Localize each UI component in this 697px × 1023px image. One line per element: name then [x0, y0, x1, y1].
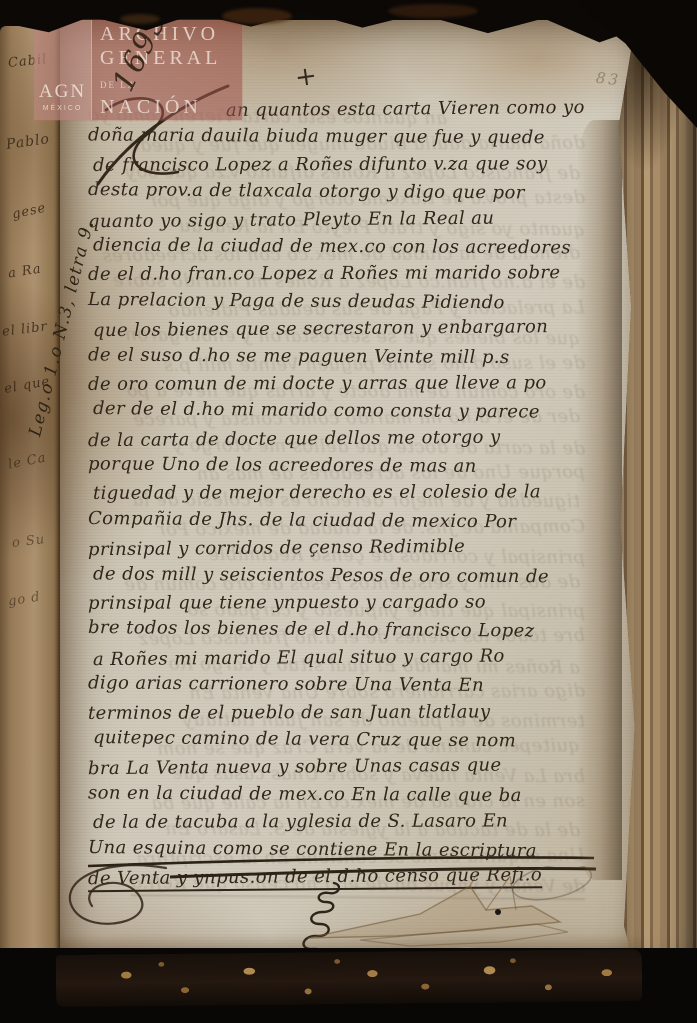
- manuscript-line: de francisco Lopez a Roñes difunto v.za …: [88, 150, 593, 179]
- previous-page-edge: CabilPablogesea Rael librel quele Cao Su…: [0, 26, 62, 962]
- manuscript-line: Una esquina como se contiene En la escri…: [88, 834, 593, 865]
- manuscript-line: quanto yo sigo y trato Pleyto En la Real…: [88, 203, 593, 235]
- manuscript-text-block: an quantos esta carta Vieren como yodoña…: [88, 96, 593, 890]
- manuscript-line: bre todos los bienes de el d.ho francisc…: [88, 614, 593, 645]
- manuscript-line: de Venta y ynpus.on de el d.ho censo que…: [88, 861, 593, 893]
- manuscript-line: de la carta de docte que dellos me otorg…: [88, 422, 593, 454]
- manuscript-line: digo arias carrionero sobre Una Venta En: [88, 670, 593, 700]
- binding-debris: [388, 4, 478, 18]
- manuscript-line: doña maria dauila biuda muger que fue y …: [88, 122, 593, 152]
- manuscript-line: de oro comun de mi docte y arras que lle…: [88, 369, 593, 398]
- manuscript-line: tiguedad y de mejor derecho es el colesi…: [88, 479, 593, 508]
- manuscript-line: que los bienes que se secrestaron y enba…: [88, 313, 593, 345]
- previous-page-text-fragment: a Ra: [7, 261, 43, 281]
- manuscript-line: prinsipal que tiene ynpuesto y cargado s…: [88, 588, 593, 617]
- agn-acronym: AGN: [39, 81, 86, 103]
- previous-page-text-fragment: go d: [7, 590, 42, 610]
- watermark-nacion: NACIÓN: [100, 96, 202, 118]
- agn-country-label: MÉXICO: [43, 105, 83, 112]
- manuscript-line: de el suso d.ho se me paguen Veinte mill…: [88, 341, 593, 371]
- manuscript-line: de el d.ho fran.co Lopez a Roñes mi mari…: [88, 259, 593, 288]
- manuscript-line: prinsipal y corridos de çenso Redimible: [88, 532, 593, 564]
- folio-number: 83: [595, 69, 622, 90]
- manuscript-line: a Roñes mi marido El qual situo y cargo …: [88, 642, 593, 674]
- binding-debris: [120, 14, 160, 24]
- previous-page-text-fragment: el libr: [1, 319, 48, 339]
- manuscript-line: desta prov.a de tlaxcala otorgo y digo q…: [88, 176, 593, 207]
- manuscript-line: diencia de la ciudad de mex.co con los a…: [88, 231, 593, 261]
- binding-debris: [222, 8, 292, 24]
- manuscript-line: La prelacion y Paga de sus deudas Pidien…: [88, 286, 593, 317]
- manuscript-line: bra La Venta nueva y sobre Unas casas qu…: [88, 751, 593, 783]
- invocation-cross: +: [293, 61, 319, 94]
- agn-logo: AGN MÉXICO: [34, 20, 92, 120]
- previous-page-text-fragment: o Su: [11, 532, 46, 551]
- manuscript-line: de dos mill y seiscientos Pesos de oro c…: [88, 560, 593, 590]
- manuscript-line: son en la ciudad de mex.co En la calle q…: [88, 779, 593, 809]
- previous-page-text-fragment: Pablo: [5, 131, 51, 153]
- manuscript-line: terminos de el pueblo de san Juan tlatla…: [88, 698, 593, 727]
- manuscript-line: de la de tacuba a la yglesia de S. Lasar…: [88, 807, 593, 836]
- manuscript-line: porque Uno de los acreedores de mas an: [88, 451, 593, 481]
- marbled-binding-edge: [56, 949, 643, 1007]
- manuscript-line: der de el d.ho mi marido como consta y p…: [88, 395, 593, 426]
- previous-page-text-fragment: gese: [11, 201, 48, 223]
- page-curl-shadow: [576, 120, 622, 880]
- manuscript-photo: CabilPablogesea Rael librel quele Cao Su…: [0, 0, 697, 1023]
